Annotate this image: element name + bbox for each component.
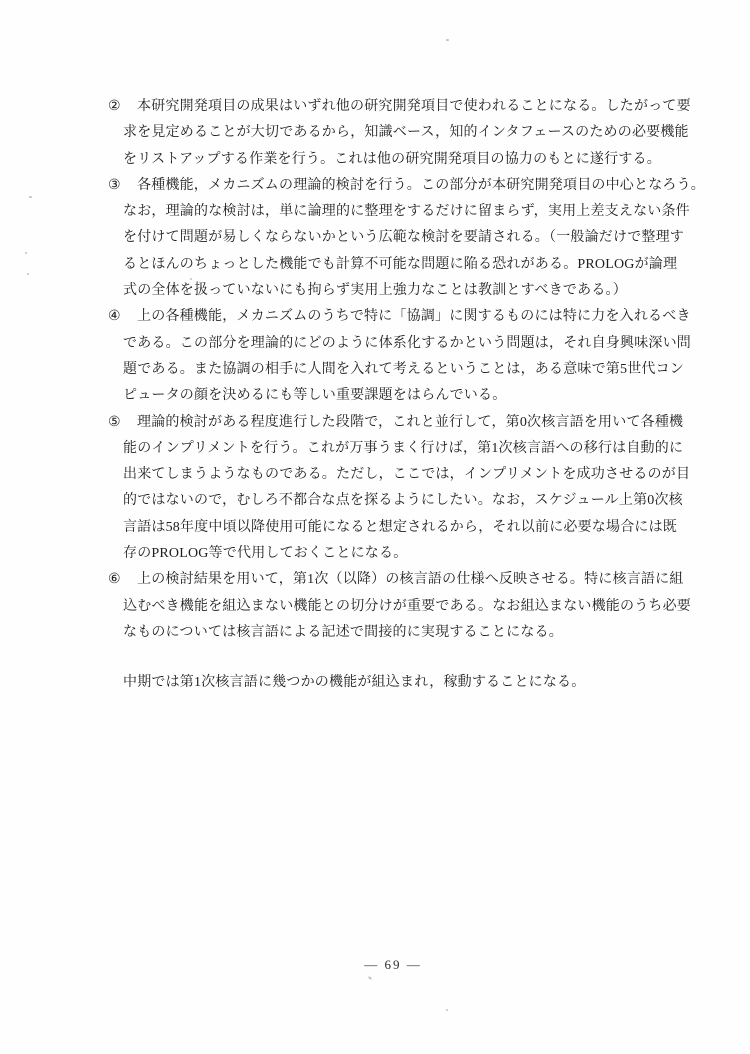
item-continuation-lines: 求を見定めることが大切であるから，知識ベース，知的インタフェースのための必要機能… xyxy=(108,120,704,173)
scanned-document-page: ②本研究開発項目の成果はいずれ他の研究開発項目で使われることになる。したがって要… xyxy=(0,0,750,1054)
item-marker: ⑤ xyxy=(108,410,137,436)
text-line: 込むべき機能を組込まない機能との切分けが重要である。なお組込まない機能のうち必要 xyxy=(123,594,704,620)
text-line: 本研究開発項目の成果はいずれ他の研究開発項目で使われることになる。したがって要 xyxy=(137,99,691,114)
text-line: なものについては核言語による記述で間接的に実現することになる。 xyxy=(123,620,704,646)
text-line: 出来てしまうようなものである。ただし，ここでは，インプリメントを成功させるのが目 xyxy=(123,462,704,488)
text-line: 各種機能，メカニズムの理論的検討を行う。この部分が本研究開発項目の中心となろう。 xyxy=(137,178,705,193)
scan-speck xyxy=(368,976,372,980)
page-number: — 69 — xyxy=(18,957,750,973)
item-continuation-lines: 込むべき機能を組込まない機能との切分けが重要である。なお組込まない機能のうち必要… xyxy=(108,594,704,647)
text-line: るとほんのちょっとした機能でも計算不可能な問題に陥る恐れがある。PROLOGが論… xyxy=(123,252,704,278)
item-first-line: ④上の各種機能，メカニズムのうちで特に「協調」に関するものには特に力を入れるべき xyxy=(108,304,704,330)
item-first-line: ③各種機能，メカニズムの理論的検討を行う。この部分が本研究開発項目の中心となろう… xyxy=(108,173,704,199)
text-line: 能のインプリメントを行う。これが万事うまく行けば，第1次核言語への移行は自動的に xyxy=(123,436,704,462)
item-continuation-lines: なお，理論的な検討は，単に論理的に整理をするだけに留まらず，実用上差支えない条件… xyxy=(108,199,704,304)
item-continuation-lines: 能のインプリメントを行う。これが万事うまく行けば，第1次核言語への移行は自動的に… xyxy=(108,436,704,567)
item-first-line: ⑤理論的検討がある程度進行した段階で，これと並行して，第0次核言語を用いて各種機 xyxy=(108,410,704,436)
text-line: をリストアップする作業を行う。これは他の研究開発項目の協力のもとに遂行する。 xyxy=(123,147,704,173)
scan-speck xyxy=(190,278,192,280)
scan-speck xyxy=(446,1009,448,1011)
item-first-line: ⑥上の検討結果を用いて，第1次（以降）の核言語の仕様へ反映させる。特に核言語に組 xyxy=(108,567,704,593)
closing-paragraph: 中期では第1次核言語に幾つかの機能が組込まれ，稼動することになる。 xyxy=(123,670,704,696)
numbered-item-6: ⑥上の検討結果を用いて，第1次（以降）の核言語の仕様へ反映させる。特に核言語に組… xyxy=(108,567,704,646)
numbered-item-3: ③各種機能，メカニズムの理論的検討を行う。この部分が本研究開発項目の中心となろう… xyxy=(108,173,704,304)
text-line: 式の全体を扱っていないにも拘らず実用上強力なことは教訓とすべきである。） xyxy=(123,278,704,304)
text-line: 理論的検討がある程度進行した段階で，これと並行して，第0次核言語を用いて各種機 xyxy=(137,415,683,430)
item-continuation-lines: である。この部分を理論的にどのように体系化するかという問題は，それ自身興味深い問… xyxy=(108,331,704,410)
item-marker: ④ xyxy=(108,304,137,330)
scan-speck xyxy=(446,39,449,41)
item-first-line: ②本研究開発項目の成果はいずれ他の研究開発項目で使われることになる。したがって要 xyxy=(108,94,704,120)
item-marker: ② xyxy=(108,94,137,120)
text-line: 的ではないので，むしろ不都合な点を探るようにしたい。なお，スケジュール上第0次核 xyxy=(123,488,704,514)
text-line: である。この部分を理論的にどのように体系化するかという問題は，それ自身興味深い問 xyxy=(123,331,704,357)
document-body: ②本研究開発項目の成果はいずれ他の研究開発項目で使われることになる。したがって要… xyxy=(108,94,704,697)
text-line: なお，理論的な検討は，単に論理的に整理をするだけに留まらず，実用上差支えない条件 xyxy=(123,199,704,225)
numbered-item-2: ②本研究開発項目の成果はいずれ他の研究開発項目で使われることになる。したがって要… xyxy=(108,94,704,173)
numbered-item-4: ④上の各種機能，メカニズムのうちで特に「協調」に関するものには特に力を入れるべき… xyxy=(108,304,704,409)
item-marker: ⑥ xyxy=(108,567,137,593)
item-marker: ③ xyxy=(108,173,137,199)
numbered-item-5: ⑤理論的検討がある程度進行した段階で，これと並行して，第0次核言語を用いて各種機… xyxy=(108,410,704,568)
text-line: 上の検討結果を用いて，第1次（以降）の核言語の仕様へ反映させる。特に核言語に組 xyxy=(137,572,684,587)
scan-speck xyxy=(25,252,27,254)
text-line: 上の各種機能，メカニズムのうちで特に「協調」に関するものには特に力を入れるべき xyxy=(137,309,691,324)
scan-speck xyxy=(27,273,29,275)
text-line: ピュータの顔を決めるにも等しい重要課題をはらんでいる。 xyxy=(123,383,704,409)
text-line: 求を見定めることが大切であるから，知識ベース，知的インタフェースのための必要機能 xyxy=(123,120,704,146)
text-line: 存のPROLOG等で代用しておくことになる。 xyxy=(123,541,704,567)
scan-speck xyxy=(29,196,32,198)
text-line: を付けて問題が易しくならないかという広範な検討を要請される。（一般論だけで整理す xyxy=(123,225,704,251)
text-line: 題である。また協調の相手に人間を入れて考えるということは，ある意味で第5世代コン xyxy=(123,357,704,383)
text-line: 言語は58年度中頃以降使用可能になると想定されるから，それ以前に必要な場合には既 xyxy=(123,515,704,541)
